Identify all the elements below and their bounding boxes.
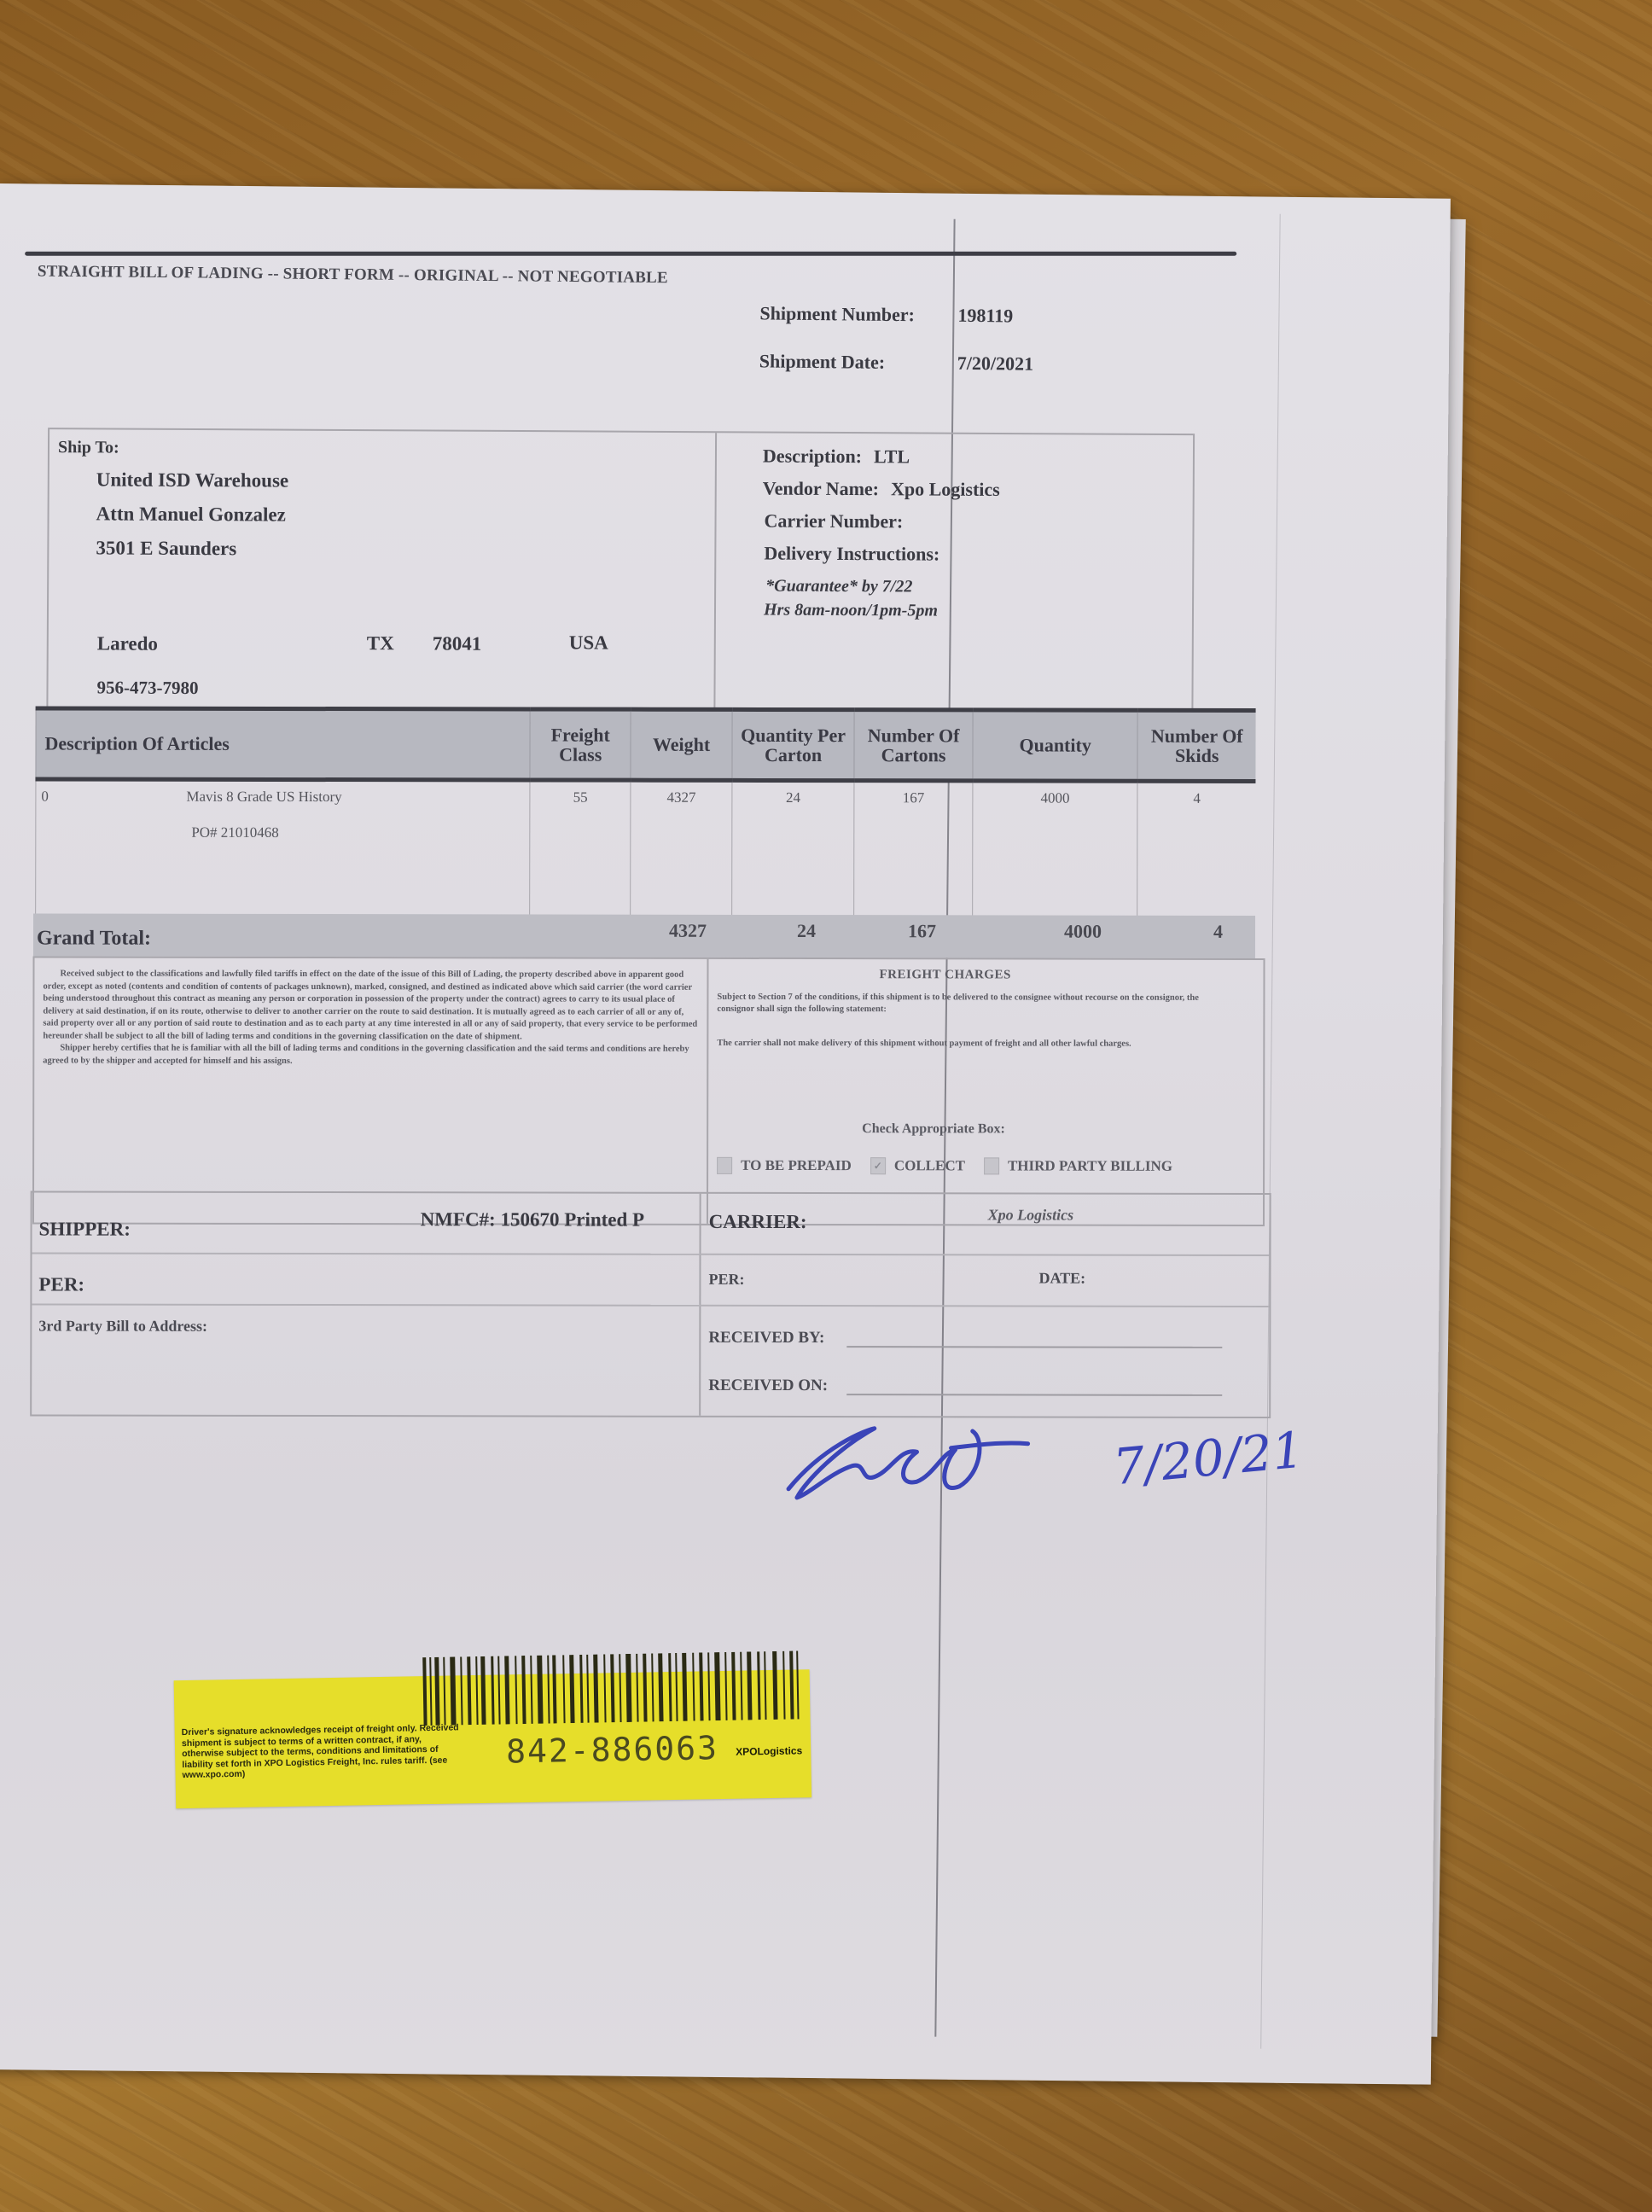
delivery-instructions-label: Delivery Instructions: [764,543,939,566]
carrier-per-label: PER: [708,1271,744,1289]
option-collect-label: COLLECT [894,1157,965,1174]
description-label: Description: [763,445,862,468]
articles-header-row: Description Of Articles Freight Class We… [36,708,1256,781]
col-cartons: Number Of Cartons [854,710,973,781]
shipment-date-value: 7/20/2021 [957,352,1034,375]
signature-block: SHIPPER: NMFC#: 150670 Printed P PER: 3r… [30,1190,1271,1418]
delivery-instructions-line-1: *Guarantee* by 7/22 [765,577,912,597]
option-to-be-prepaid[interactable]: TO BE PREPAID [717,1157,852,1174]
pro-number: 842-886063 [506,1729,719,1770]
terms-divider [707,959,709,1224]
header-rule [25,252,1236,256]
document-title: STRAIGHT BILL OF LADING -- SHORT FORM --… [38,262,668,288]
shipment-number-value: 198119 [957,305,1013,328]
received-by-line[interactable] [846,1346,1222,1348]
col-description: Description Of Articles [36,708,530,780]
legal-terms: Received subject to the classifications … [43,968,700,1068]
ship-to-phone: 956-473-7980 [96,677,198,699]
per-row-line [32,1303,699,1306]
nmfc-number: NMFC#: 150670 Printed P [421,1208,645,1231]
vendor-field: Vendor Name:Xpo Logistics [763,478,1000,501]
sticker-fine-print: Driver's signature acknowledges receipt … [182,1722,464,1780]
address-box: Ship To: United ISD Warehouse Attn Manue… [46,428,1195,727]
grand-total-qty-per-carton: 24 [797,920,816,942]
row-description: Mavis 8 Grade US History [186,789,341,805]
grand-total-cartons: 167 [908,920,936,942]
cell-qty-per-carton: 24 [731,780,854,916]
received-on-label: RECEIVED ON: [708,1377,828,1395]
grand-total-skids: 4 [1213,921,1223,943]
shipper-row-line [32,1252,700,1254]
option-collect[interactable]: ✓ COLLECT [870,1157,965,1174]
xpo-pro-sticker: Driver's signature acknowledges receipt … [174,1669,812,1808]
grand-total-label: Grand Total: [37,927,151,950]
ship-to-attn: Attn Manuel Gonzalez [96,503,286,526]
option-prepaid-label: TO BE PREPAID [741,1157,852,1174]
third-party-address-label: 3rd Party Bill to Address: [38,1317,207,1335]
shipment-date-label: Shipment Date: [759,350,886,373]
col-freight-class: Freight Class [530,709,631,780]
cell-cartons: 167 [854,781,973,917]
legal-terms-paragraph-2: Shipper hereby certifies that he is fami… [43,1042,700,1068]
cell-skids: 4 [1137,781,1255,917]
ship-to-state: TX [367,632,394,655]
bill-of-lading-page: STRAIGHT BILL OF LADING -- SHORT FORM --… [0,183,1451,2085]
delivery-instructions-line-2: Hrs 8am-noon/1pm-5pm [764,601,938,621]
checkbox-third-party[interactable] [984,1157,999,1174]
shipment-number-field: Shipment Number: 198119 [759,302,915,326]
col-quantity: Quantity [973,710,1138,781]
xpo-logo: XPOLogistics [736,1744,802,1757]
grand-total-weight: 4327 [669,920,707,942]
carrier-number-field: Carrier Number: [764,510,915,533]
vendor-value: Xpo Logistics [891,478,1000,500]
carrier-value: Xpo Logistics [988,1206,1074,1224]
grand-total-quantity: 4000 [1064,921,1102,943]
received-by-label: RECEIVED BY: [708,1329,824,1348]
terms-section: Received subject to the classifications … [32,956,1265,1226]
freight-charges-text-2: The carrier shall not make delivery of t… [717,1038,1237,1051]
option-third-party-label: THIRD PARTY BILLING [1008,1157,1172,1174]
received-on-line[interactable] [846,1394,1222,1396]
col-qty-per-carton: Quantity Per Carton [732,709,855,780]
cell-description: 0Mavis 8 Grade US History PO# 21010468 [36,779,530,916]
row-index: 0 [41,788,186,805]
checkbox-prepaid[interactable] [717,1157,732,1174]
payment-options: TO BE PREPAID ✓ COLLECT THIRD PARTY BILL… [717,1157,1172,1175]
carrier-per-row-line [699,1305,1269,1307]
carrier-label: CARRIER: [709,1211,807,1233]
shipment-number-label: Shipment Number: [759,302,915,325]
freight-charges-text-1: Subject to Section 7 of the conditions, … [717,992,1237,1016]
articles-table: Description Of Articles Freight Class We… [35,706,1255,916]
ship-to-name: United ISD Warehouse [96,469,289,492]
ship-to-country: USA [569,632,608,654]
carrier-signature [771,1412,1045,1509]
vendor-label: Vendor Name: [763,478,879,500]
option-third-party-billing[interactable]: THIRD PARTY BILLING [984,1157,1172,1174]
shipment-date-field: Shipment Date: 7/20/2021 [759,350,886,374]
ship-to-city: Laredo [97,632,158,655]
grand-total-row: Grand Total: 4327 24 167 4000 4 [33,913,1255,958]
ship-to-street: 3501 E Saunders [96,537,236,560]
ship-to-label: Ship To: [58,438,119,457]
check-box-title: Check Appropriate Box: [862,1121,1005,1137]
carrier-number-label: Carrier Number: [764,510,903,533]
legal-terms-paragraph-1: Received subject to the classifications … [43,968,700,1043]
ship-to-zip: 78041 [433,632,482,655]
cell-quantity: 4000 [972,781,1137,917]
freight-charges-title: FREIGHT CHARGES [879,968,1010,982]
barcode-icon [421,1650,801,1726]
col-skids: Number Of Skids [1137,710,1255,781]
description-value: LTL [874,445,910,467]
row-po-number: PO# 21010468 [191,824,524,842]
cell-weight: 4327 [631,780,732,916]
shipper-label: SHIPPER: [39,1218,131,1240]
checkbox-collect[interactable]: ✓ [870,1157,886,1174]
date-label: DATE: [1038,1270,1085,1288]
table-row: 0Mavis 8 Grade US History PO# 21010468 5… [36,779,1256,917]
carrier-row-line [700,1254,1270,1256]
description-field: Description:LTL [763,445,910,469]
address-box-divider [713,433,717,723]
shipper-per-label: PER: [38,1273,84,1295]
cell-freight-class: 55 [530,780,631,916]
col-weight: Weight [631,709,732,780]
handwritten-date: 7/20/21 [1111,1421,1306,1497]
